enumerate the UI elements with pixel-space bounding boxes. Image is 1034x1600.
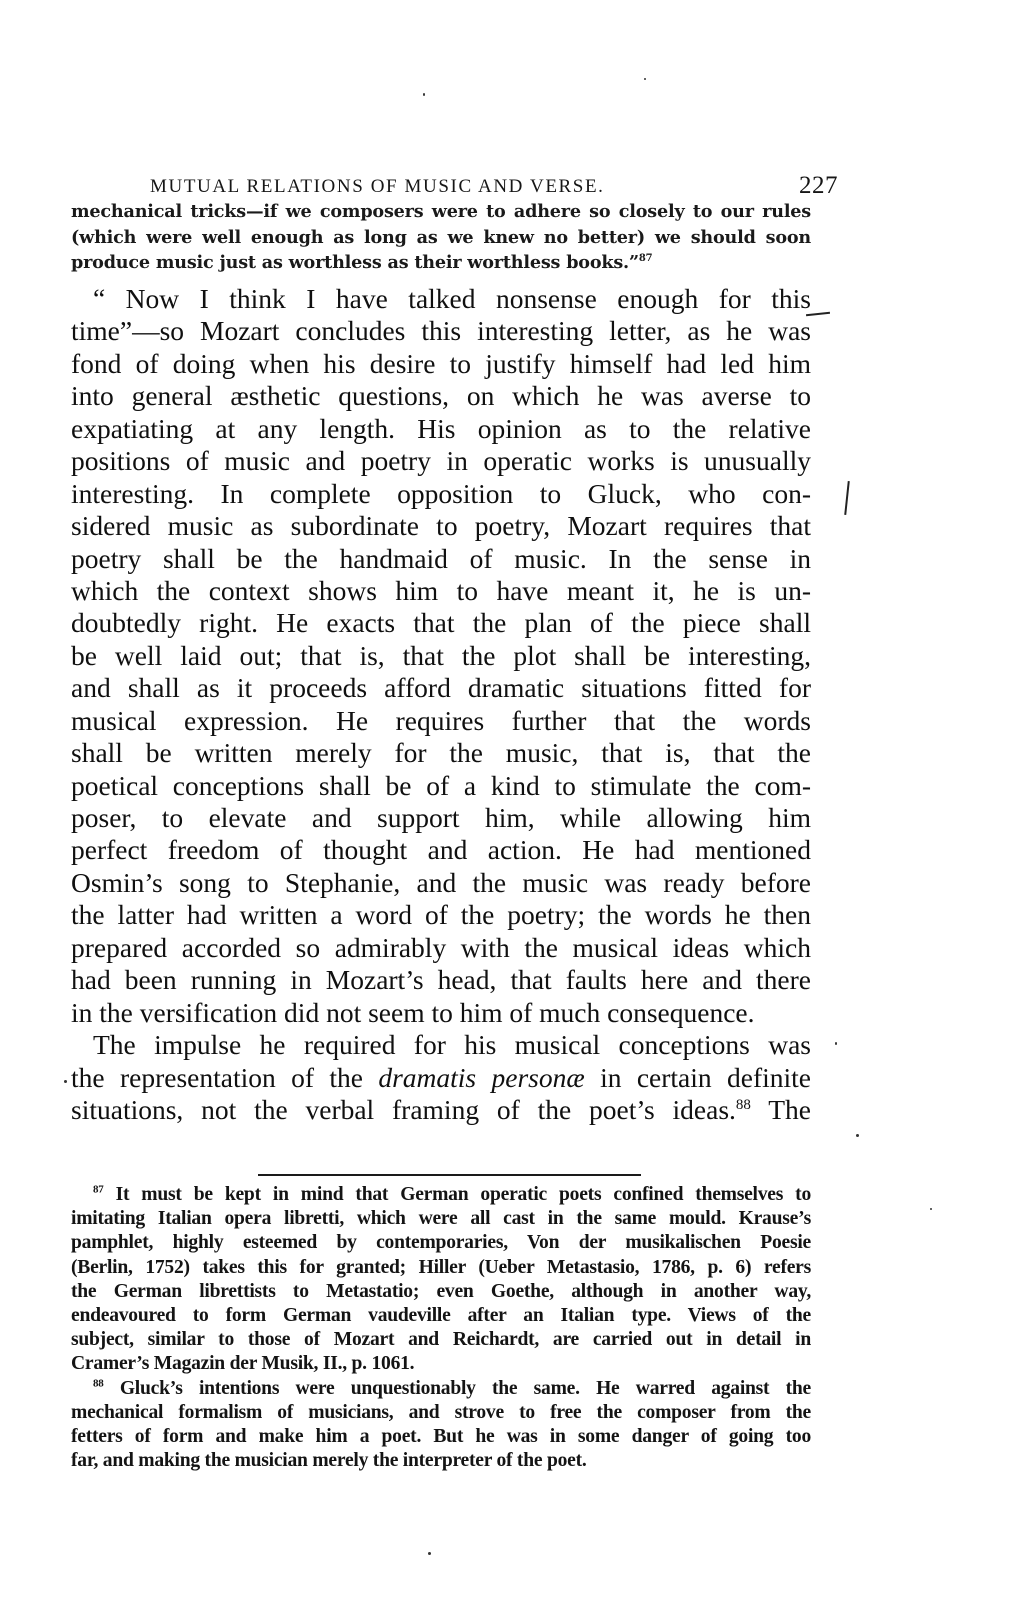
footnote-ref-87[interactable]: 87 (639, 253, 653, 264)
body-line: the representation of the dramatis perso… (71, 1062, 811, 1094)
footnote-rule (258, 1174, 641, 1176)
italic-phrase: dramatis personæ (378, 1062, 584, 1093)
body-line: had been running in Mozart’s head, that … (71, 964, 811, 996)
scan-speck (930, 1208, 932, 1210)
body-line: prepared accorded so admirably with the … (71, 932, 811, 964)
scan-speck (428, 1552, 431, 1555)
body-line: poser, to elevate and support him, while… (71, 802, 811, 834)
body-line: poetry shall be the handmaid of music. I… (71, 543, 811, 575)
body-line: shall be written merely for the music, t… (71, 737, 811, 769)
footnote-87-line: Cramer’s Magazin der Musik, II., p. 1061… (71, 1352, 811, 1376)
body-line: interesting. In complete opposition to G… (71, 478, 811, 510)
body-line: musical expression. He requires further … (71, 705, 811, 737)
body-line: The impulse he required for his musical … (71, 1029, 811, 1061)
body-line: positions of music and poetry in operati… (71, 445, 811, 477)
scan-speck (644, 78, 646, 80)
footnote-87-line: the German librettists to Metastatio; ev… (71, 1280, 811, 1304)
body-line: Osmin’s song to Stephanie, and the music… (71, 867, 811, 899)
body-line: and shall as it proceeds afford dramatic… (71, 672, 811, 704)
scan-speck (64, 1080, 67, 1083)
running-head: MUTUAL RELATIONS OF MUSIC AND VERSE. 227 (150, 172, 838, 202)
footnote-88-line: 88 Gluck’s intentions were unquestionabl… (71, 1377, 811, 1401)
footnote-88-line: mechanical formalism of musicians, and s… (71, 1401, 811, 1425)
body-line: situations, not the verbal framing of th… (71, 1094, 811, 1126)
footnote-number: 88 (93, 1377, 104, 1389)
body-line: expatiating at any length. His opinion a… (71, 413, 811, 445)
footnotes: 87 It must be kept in mind that German o… (71, 1183, 811, 1473)
margin-bracket-mark (844, 481, 850, 515)
book-page: MUTUAL RELATIONS OF MUSIC AND VERSE. 227… (0, 0, 1034, 1600)
footnote-87-line: endeavoured to form German vaudeville af… (71, 1304, 811, 1328)
body-line: sidered music as subordinate to poetry, … (71, 510, 811, 542)
footnote-87-line: 87 It must be kept in mind that German o… (71, 1183, 811, 1207)
footnote-88-line: far, and making the musician merely the … (71, 1449, 811, 1473)
body-line: fond of doing when his desire to justify… (71, 348, 811, 380)
footnote-87-line: pamphlet, highly esteemed by contemporar… (71, 1231, 811, 1255)
quote-line: produce music just as worthless as their… (71, 250, 811, 276)
quote-line: mechanical tricks—if we composers were t… (71, 199, 811, 225)
body-line: time”—so Mozart concludes this interesti… (71, 315, 811, 347)
body-line: into general æsthetic questions, on whic… (71, 380, 811, 412)
page-number: 227 (799, 172, 838, 200)
footnote-ref-88[interactable]: 88 (736, 1097, 751, 1113)
body-line: “ Now I think I have talked nonsense eno… (71, 283, 811, 315)
footnote-87-line: subject, similar to those of Mozart and … (71, 1328, 811, 1352)
body-line: doubtedly right. He exacts that the plan… (71, 607, 811, 639)
footnote-number: 87 (93, 1183, 104, 1195)
body-line: perfect freedom of thought and action. H… (71, 834, 811, 866)
footnote-88-line: fetters of form and make him a poet. But… (71, 1425, 811, 1449)
body-line: poetical conceptions shall be of a kind … (71, 770, 811, 802)
quote-line: (which were well enough as long as we kn… (71, 225, 811, 251)
scan-speck (423, 93, 425, 96)
body-line: which the context shows him to have mean… (71, 575, 811, 607)
body-line: the latter had written a word of the poe… (71, 899, 811, 931)
scan-speck (835, 1042, 837, 1045)
footnote-87-line: (Berlin, 1752) takes this for granted; H… (71, 1256, 811, 1280)
body-text: “ Now I think I have talked nonsense eno… (71, 283, 811, 1126)
quoted-passage: mechanical tricks—if we composers were t… (71, 199, 811, 276)
body-line: in the versification did not seem to him… (71, 997, 811, 1029)
body-line: be well laid out; that is, that the plot… (71, 640, 811, 672)
running-head-title: MUTUAL RELATIONS OF MUSIC AND VERSE. (150, 176, 605, 198)
scan-speck (856, 1134, 859, 1137)
footnote-87-line: imitating Italian opera libretti, which … (71, 1207, 811, 1231)
